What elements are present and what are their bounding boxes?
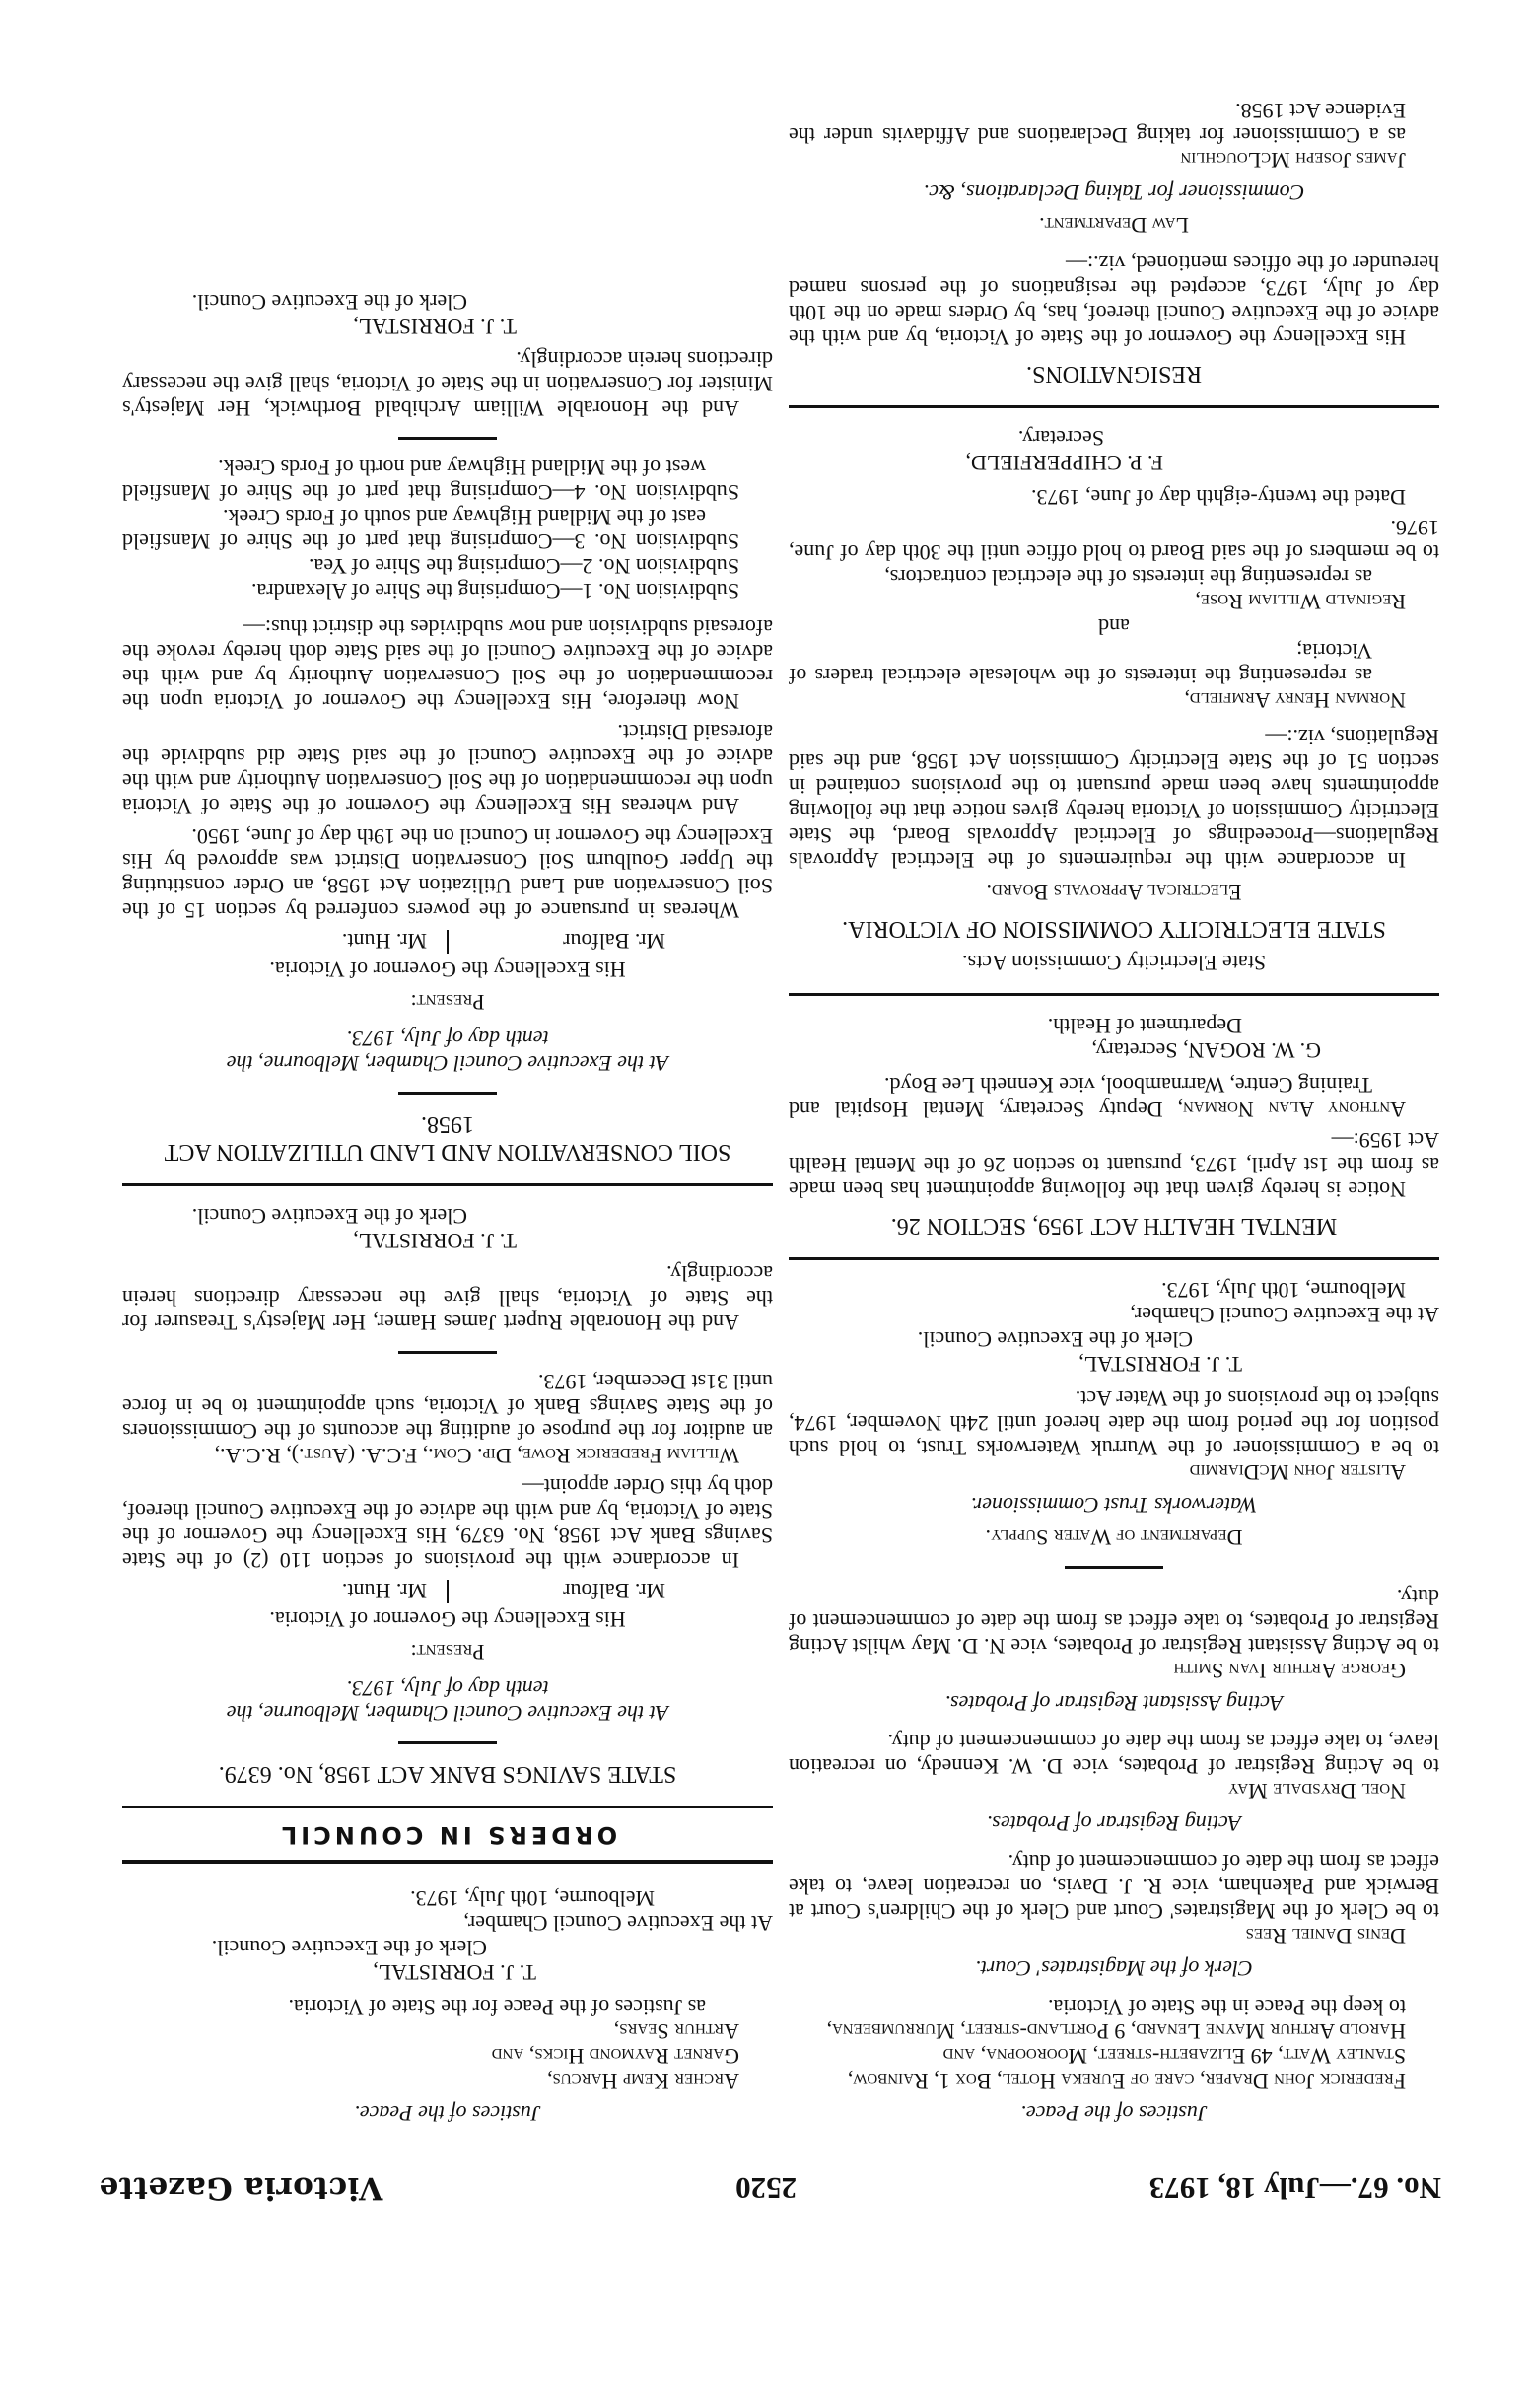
signatory-name: T. J. FORRISTAL, <box>789 1352 1439 1377</box>
section-title: STATE SAVINGS BANK ACT 1958, No. 6379. <box>122 1760 773 1788</box>
resignee-role: as a Commissioner for taking Declaration… <box>789 99 1439 148</box>
divider <box>789 1257 1439 1260</box>
divider <box>789 993 1439 996</box>
justice-closing: as Justices of the Peace for the State o… <box>122 1995 773 2019</box>
member-role: as representing the interests of the ele… <box>789 565 1439 590</box>
justice-entry: Garnet Raymond Hicks, and <box>122 2044 773 2069</box>
board-heading: Electrical Approvals Board. <box>789 881 1439 905</box>
right-column: Justices of the Peace. Archer Kemp Harcu… <box>122 290 773 2140</box>
separator-bar <box>447 930 449 954</box>
divider <box>398 437 497 440</box>
justice-closing: to keep the Peace in the State of Victor… <box>789 1995 1439 2019</box>
signatory-title: Clerk of the Executive Council. <box>122 1204 773 1229</box>
member: Mr. Balfour <box>468 929 665 954</box>
separator-bar <box>447 1580 449 1603</box>
divider <box>1065 1566 1163 1569</box>
appointee-name: Denis Daniel Rees <box>789 1924 1439 1948</box>
present-label: Present: <box>122 1640 773 1664</box>
signatory-name: F. P. CHIPPERFIELD, <box>789 451 1439 475</box>
gazette-page: No. 67.—July 18, 1973 2520 Victoria Gaze… <box>0 0 1530 2408</box>
mental-health-notice: MENTAL HEALTH ACT 1959, SECTION 26. Noti… <box>789 1014 1439 1239</box>
section-title: SOIL CONSERVATION AND LAND UTILIZATION A… <box>122 1138 773 1166</box>
term-text: to be members of the said Board to hold … <box>789 516 1439 565</box>
subdivision-item: Subdivision No. 3—Comprising that part o… <box>122 505 773 554</box>
signatory-title: Department of Health. <box>789 1014 1439 1038</box>
place-line: tenth day of July, 1973. <box>122 1676 773 1701</box>
now-therefore-text: Now therefore, His Excellency the Govern… <box>122 615 773 714</box>
department-heading: Law Department. <box>789 213 1439 238</box>
left-column: Justices of the Peace. Frederick John Dr… <box>789 99 1439 2140</box>
justices-notice-2: Justices of the Peace. Archer Kemp Harcu… <box>122 1886 773 2126</box>
conjunction: and <box>789 614 1439 639</box>
appointment-text: to be Acting Assistant Registrar of Prob… <box>789 1585 1439 1659</box>
appointee-name: Anthony Alan Norman <box>1183 1098 1406 1122</box>
place-line: tenth day of July, 1973. <box>122 1027 773 1051</box>
section-heading: Justices of the Peace. <box>789 2101 1439 2126</box>
notice-text: His Excellency the Governor of the State… <box>789 251 1439 350</box>
place-line: Melbourne, 10th July, 1973. <box>789 1278 1439 1303</box>
governor-line: His Excellency the Governor of Victoria. <box>122 957 773 982</box>
signatory-name: T. J. FORRISTAL, <box>122 1960 773 1985</box>
appointee-name: Alister John McDiarmid <box>789 1460 1439 1485</box>
signatory-title: Secretary. <box>789 426 1439 451</box>
notice-text: In accordance with the requirements of t… <box>789 725 1439 873</box>
masthead: Victoria Gazette <box>99 2175 382 2200</box>
section-heading: Acting Registrar of Probates. <box>789 1811 1439 1836</box>
savings-bank-notice: STATE SAVINGS BANK ACT 1958, No. 6379. A… <box>122 1204 773 1788</box>
place-line: At the Executive Council Chamber, Melbou… <box>122 1701 773 1726</box>
place-line: Melbourne, 10th July, 1973. <box>122 1886 773 1911</box>
notice-text: Notice is hereby given that the followin… <box>789 1128 1439 1202</box>
order-text: In accordance with the provisions of sec… <box>122 1474 773 1573</box>
appointment-entry: Anthony Alan Norman, Deputy Secretary, M… <box>789 1073 1439 1122</box>
signatory-title: Clerk of the Executive Council. <box>122 1936 773 1960</box>
subdivision-item: Subdivision No. 2—Comprising the Shire o… <box>122 554 773 579</box>
signatory-name: T. J. FORRISTAL, <box>122 315 773 339</box>
issue-date: No. 67.—July 18, 1973 <box>1149 2176 1441 2201</box>
justice-entry: Archer Kemp Harcus, <box>122 2069 773 2093</box>
present-label: Present: <box>122 990 773 1015</box>
place-line: At the Executive Council Chamber, <box>122 1911 773 1936</box>
divider <box>398 1351 497 1354</box>
appointment-text: to be Acting Registrar of Probates, vice… <box>789 1730 1439 1779</box>
divider <box>789 405 1439 408</box>
section-title: MENTAL HEALTH ACT 1959, SECTION 26. <box>789 1212 1439 1239</box>
water-supply-notice: Department of Water Supply. Waterworks T… <box>789 1278 1439 1550</box>
member-name: Reginald William Rose, <box>789 590 1439 614</box>
direction-text: And the Honorable William Archibald Bort… <box>122 347 773 421</box>
appointee-name: William Frederick Rowe, Dip. Com., F.C.A… <box>122 1444 773 1468</box>
section-title: STATE ELECTRICITY COMMISSION OF VICTORIA… <box>789 915 1439 943</box>
appointment-text: to be a Commissioner of the Wurruk Water… <box>789 1386 1439 1460</box>
member: Mr. Balfour <box>468 1579 665 1603</box>
justice-entry: Stanley Watt, 49 Elizabeth-street, Mooro… <box>789 2044 1439 2069</box>
soil-conservation-notice: SOIL CONSERVATION AND LAND UTILIZATION A… <box>122 290 773 1166</box>
resignee-name: James Joseph McLoughlin <box>789 148 1439 173</box>
member: Mr. Hunt. <box>230 929 427 954</box>
subdivision-item: Subdivision No. 4—Comprising that part o… <box>122 456 773 505</box>
appointee-name: Noel Drysdale May <box>789 1779 1439 1804</box>
signatory-name: G. W. ROGAN, Secretary, <box>789 1038 1439 1063</box>
governor-line: His Excellency the Governor of Victoria. <box>122 1607 773 1632</box>
page-number: 2520 <box>735 2176 797 2201</box>
place-line: At the Executive Council Chamber, Melbou… <box>122 1051 773 1076</box>
direction-text: And the Honorable Rupert James Hamer, He… <box>122 1261 773 1335</box>
member-name: Norman Henry Armfield, <box>789 688 1439 713</box>
section-heading: Waterworks Trust Commissioner. <box>789 1493 1439 1518</box>
signatory-name: T. J. FORRISTAL, <box>122 1229 773 1253</box>
section-title-year: 1958. <box>122 1110 773 1138</box>
member: Mr. Hunt. <box>230 1579 427 1603</box>
dated-line: Dated the twenty-eighth day of June, 197… <box>789 485 1439 510</box>
signatory-title: Clerk of the Executive Council. <box>789 1327 1439 1352</box>
acting-assistant-registrar-notice: Acting Assistant Registrar of Probates. … <box>789 1585 1439 1716</box>
subdivision-item: Subdivision No. 1—Comprising the Shire o… <box>122 579 773 603</box>
clerk-magistrates-notice: Clerk of the Magistrates' Court. Denis D… <box>789 1850 1439 1981</box>
orders-in-council-banner: ORDERS IN COUNCIL <box>122 1806 773 1863</box>
section-heading: Acting Assistant Registrar of Probates. <box>789 1691 1439 1716</box>
appointment-text: to be Clerk of the Magistrates' Court an… <box>789 1850 1439 1924</box>
section-heading: Clerk of the Magistrates' Court. <box>789 1956 1439 1981</box>
place-line: At the Executive Council Chamber, <box>789 1303 1439 1327</box>
members-present: Mr. Balfour Mr. Hunt. <box>122 929 773 954</box>
and-whereas-text: And whereas His Excellency the Governor … <box>122 720 773 818</box>
appointment-text: an auditor for the purpose of auditing t… <box>122 1370 773 1444</box>
section-heading: Commissioner for Taking Declarations, &c… <box>789 180 1439 205</box>
divider <box>122 1183 773 1186</box>
members-present: Mr. Balfour Mr. Hunt. <box>122 1579 773 1603</box>
divider <box>398 1092 497 1095</box>
department-heading: Department of Water Supply. <box>789 1525 1439 1550</box>
appointee-name: George Arthur Ivan Smith <box>789 1659 1439 1683</box>
section-title: RESIGNATIONS. <box>789 360 1439 388</box>
member-role: as representing the interests of the who… <box>789 639 1439 688</box>
signatory-title: Clerk of the Executive Council. <box>122 290 773 315</box>
divider <box>398 1741 497 1744</box>
page-header: No. 67.—July 18, 1973 2520 Victoria Gaze… <box>99 2175 1441 2201</box>
whereas-text: Whereas in pursuance of the powers confe… <box>122 824 773 923</box>
acting-registrar-notice: Acting Registrar of Probates. Noel Drysd… <box>789 1730 1439 1836</box>
justice-entry: Arthur Sears, <box>122 2019 773 2044</box>
resignations-notice: RESIGNATIONS. His Excellency the Governo… <box>789 99 1439 388</box>
acts-heading: State Electricity Commission Acts. <box>789 951 1439 975</box>
justices-notice: Justices of the Peace. Frederick John Dr… <box>789 1995 1439 2126</box>
justice-entry: Harold Arthur Mayne Lenard, 9 Portland-s… <box>789 2019 1439 2044</box>
justice-entry: Frederick John Draper, care of Eureka Ho… <box>789 2069 1439 2093</box>
electricity-notice: State Electricity Commission Acts. STATE… <box>789 426 1439 975</box>
section-heading: Justices of the Peace. <box>122 2101 773 2126</box>
